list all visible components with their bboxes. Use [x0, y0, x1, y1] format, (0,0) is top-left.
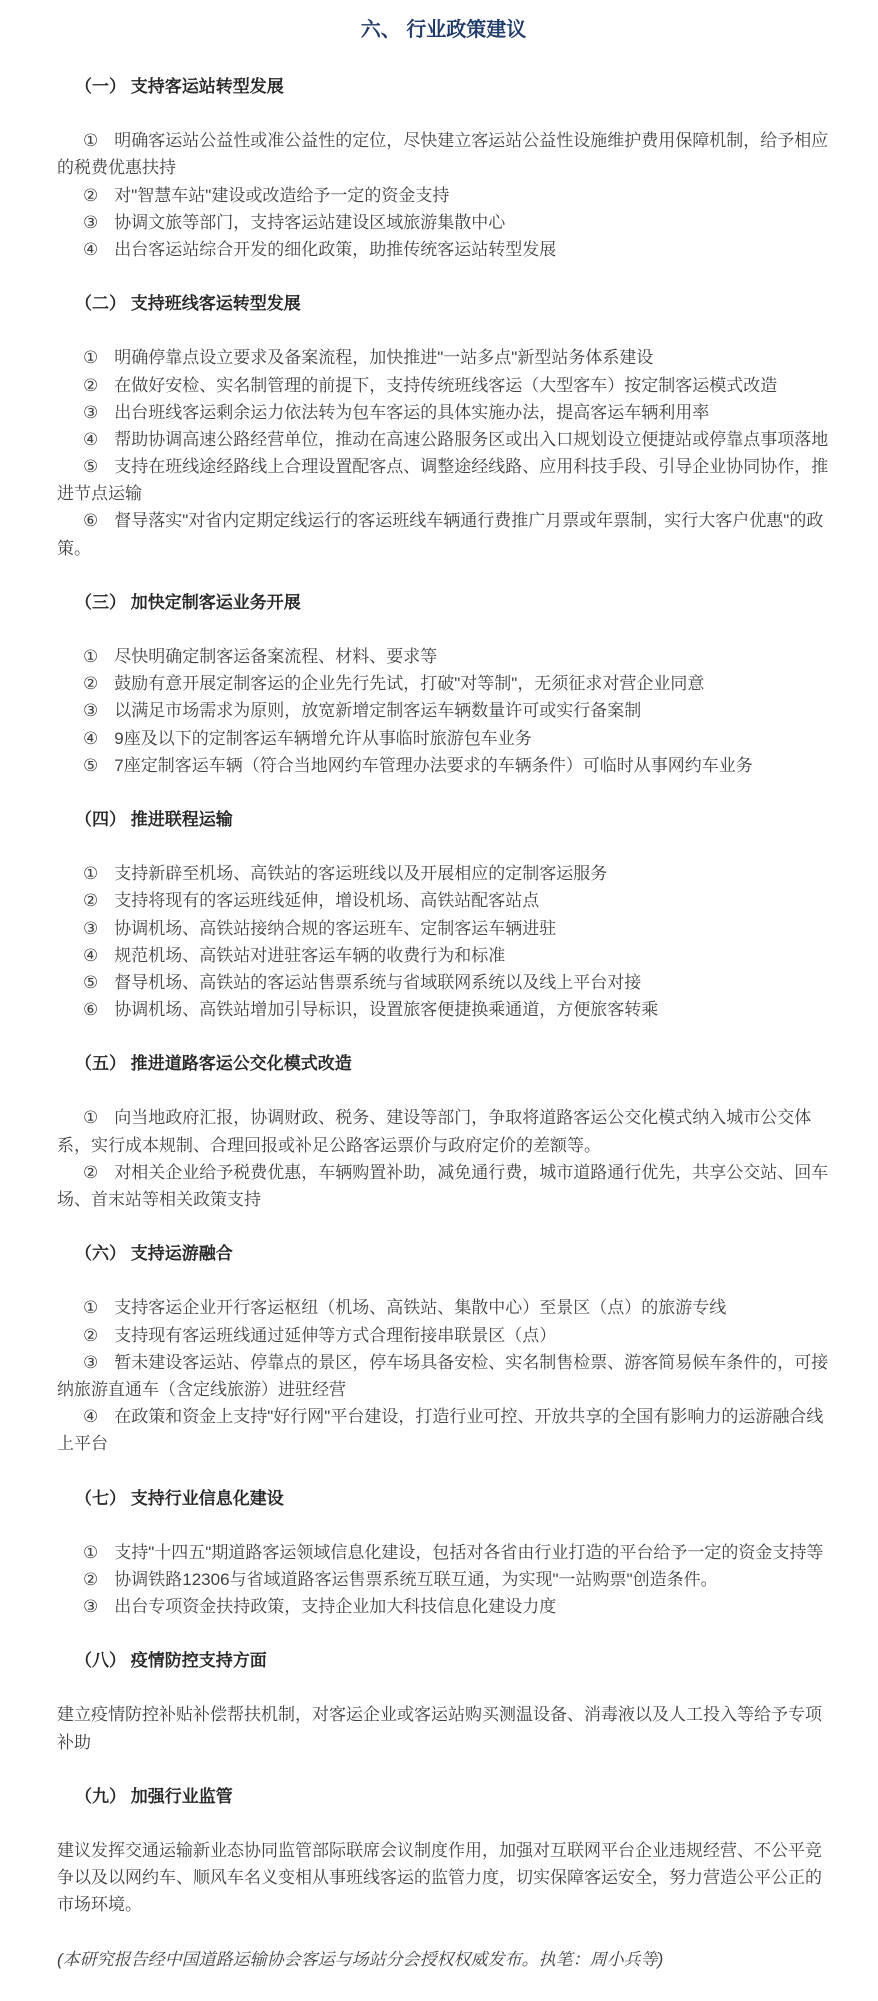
section-heading-4: （四） 推进联程运输	[57, 806, 830, 833]
item-text: 督导落实"对省内定期定线运行的客运班线车辆通行费推广月票或年票制，实行大客户优惠…	[57, 511, 823, 557]
item-text: 支持"十四五"期道路客运领域信息化建设，包括对各省由行业打造的平台给予一定的资金…	[114, 1543, 823, 1562]
list-item: ②支持将现有的客运班线延伸，增设机场、高铁站配客站点	[57, 887, 830, 914]
item-text: 7座定制客运车辆（符合当地网约车管理办法要求的车辆条件）可临时从事网约车业务	[114, 756, 752, 775]
item-marker: ②	[83, 1326, 98, 1345]
item-text: 支持新辟至机场、高铁站的客运班线以及开展相应的定制客运服务	[114, 864, 607, 883]
item-marker: ⑤	[83, 973, 98, 992]
item-marker: ④	[83, 240, 98, 259]
item-text: 明确客运站公益性或准公益性的定位，尽快建立客运站公益性设施维护费用保障机制，给予…	[57, 131, 828, 177]
item-text: 以满足市场需求为原则，放宽新增定制客运车辆数量许可或实行备案制	[114, 701, 641, 720]
item-marker: ②	[83, 891, 98, 910]
section-heading-1: （一） 支持客运站转型发展	[57, 73, 830, 100]
list-item: ④规范机场、高铁站对进驻客运车辆的收费行为和标准	[57, 942, 830, 969]
list-item: ①向当地政府汇报，协调财政、税务、建设等部门，争取将道路客运公交化模式纳入城市公…	[57, 1104, 830, 1158]
list-item: ③协调文旅等部门，支持客运站建设区域旅游集散中心	[57, 209, 830, 236]
list-item: ②鼓励有意开展定制客运的企业先行先试，打破"对等制"，无须征求对营企业同意	[57, 670, 830, 697]
item-text: 帮助协调高速公路经营单位，推动在高速公路服务区或出入口规划设立便捷站或停靠点事项…	[114, 430, 828, 449]
item-marker: ④	[83, 729, 98, 748]
list-item: ①支持新辟至机场、高铁站的客运班线以及开展相应的定制客运服务	[57, 860, 830, 887]
item-marker: ④	[83, 946, 98, 965]
page-title: 六、 行业政策建议	[57, 14, 830, 46]
list-item: ①支持"十四五"期道路客运领域信息化建设，包括对各省由行业打造的平台给予一定的资…	[57, 1539, 830, 1566]
list-item: ③以满足市场需求为原则，放宽新增定制客运车辆数量许可或实行备案制	[57, 697, 830, 724]
item-text: 出台班线客运剩余运力依法转为包车客运的具体实施办法，提高客运车辆利用率	[114, 403, 709, 422]
item-text: 出台客运站综合开发的细化政策，助推传统客运站转型发展	[114, 240, 556, 259]
item-text: 支持将现有的客运班线延伸，增设机场、高铁站配客站点	[114, 891, 539, 910]
list-item: ④9座及以下的定制客运车辆增允许从事临时旅游包车业务	[57, 725, 830, 752]
item-marker: ①	[83, 131, 98, 150]
section-heading-6: （六） 支持运游融合	[57, 1240, 830, 1267]
list-item: ③出台专项资金扶持政策，支持企业加大科技信息化建设力度	[57, 1593, 830, 1620]
item-text: 在做好安检、实名制管理的前提下，支持传统班线客运（大型客车）按定制客运模式改造	[114, 376, 777, 395]
item-text: 协调机场、高铁站接纳合规的客运班车、定制客运车辆进驻	[114, 919, 556, 938]
item-marker: ⑤	[83, 457, 98, 476]
list-item: ②支持现有客运班线通过延伸等方式合理衔接串联景区（点）	[57, 1322, 830, 1349]
item-text: 规范机场、高铁站对进驻客运车辆的收费行为和标准	[114, 946, 505, 965]
item-text: 出台专项资金扶持政策，支持企业加大科技信息化建设力度	[114, 1597, 556, 1616]
item-text: 支持客运企业开行客运枢纽（机场、高铁站、集散中心）至景区（点）的旅游专线	[114, 1298, 726, 1317]
section-paragraph: 建议发挥交通运输新业态协同监管部际联席会议制度作用，加强对互联网平台企业违规经营…	[57, 1837, 830, 1919]
list-item: ③协调机场、高铁站接纳合规的客运班车、定制客运车辆进驻	[57, 915, 830, 942]
item-marker: ①	[83, 1298, 98, 1317]
list-item: ③出台班线客运剩余运力依法转为包车客运的具体实施办法，提高客运车辆利用率	[57, 399, 830, 426]
list-item: ④出台客运站综合开发的细化政策，助推传统客运站转型发展	[57, 236, 830, 263]
item-marker: ③	[83, 213, 98, 232]
item-marker: ③	[83, 701, 98, 720]
list-item: ②在做好安检、实名制管理的前提下，支持传统班线客运（大型客车）按定制客运模式改造	[57, 372, 830, 399]
section-heading-3: （三） 加快定制客运业务开展	[57, 589, 830, 616]
item-text: 对相关企业给予税费优惠，车辆购置补助，减免通行费，城市道路通行优先，共享公交站、…	[57, 1163, 828, 1209]
item-marker: ②	[83, 1163, 98, 1182]
list-item: ①支持客运企业开行客运枢纽（机场、高铁站、集散中心）至景区（点）的旅游专线	[57, 1294, 830, 1321]
list-item: ②对"智慧车站"建设或改造给予一定的资金支持	[57, 182, 830, 209]
item-text: 明确停靠点设立要求及备案流程，加快推进"一站多点"新型站务体系建设	[114, 348, 653, 367]
item-text: 暂未建设客运站、停靠点的景区，停车场具备安检、实名制售检票、游客简易候车条件的，…	[57, 1353, 828, 1399]
section-heading-2: （二） 支持班线客运转型发展	[57, 290, 830, 317]
section-heading-5: （五） 推进道路客运公交化模式改造	[57, 1050, 830, 1077]
section-heading-8: （八） 疫情防控支持方面	[57, 1647, 830, 1674]
section-paragraph: 建立疫情防控补贴补偿帮扶机制，对客运企业或客运站购买测温设备、消毒液以及人工投入…	[57, 1701, 830, 1755]
list-item: ⑥协调机场、高铁站增加引导标识，设置旅客便捷换乘通道，方便旅客转乘	[57, 996, 830, 1023]
item-text: 尽快明确定制客运备案流程、材料、要求等	[114, 647, 437, 666]
item-marker: ③	[83, 1597, 98, 1616]
item-text: 9座及以下的定制客运车辆增允许从事临时旅游包车业务	[114, 729, 531, 748]
list-item: ⑤督导机场、高铁站的客运站售票系统与省域联网系统以及线上平台对接	[57, 969, 830, 996]
list-item: ②对相关企业给予税费优惠，车辆购置补助，减免通行费，城市道路通行优先，共享公交站…	[57, 1159, 830, 1213]
item-marker: ②	[83, 674, 98, 693]
item-marker: ④	[83, 430, 98, 449]
article: 六、 行业政策建议 （一） 支持客运站转型发展 ①明确客运站公益性或准公益性的定…	[0, 0, 878, 1983]
list-item: ①明确客运站公益性或准公益性的定位，尽快建立客运站公益性设施维护费用保障机制，给…	[57, 127, 830, 181]
item-marker: ⑤	[83, 756, 98, 775]
list-item: ①尽快明确定制客运备案流程、材料、要求等	[57, 643, 830, 670]
item-marker: ①	[83, 348, 98, 367]
list-item: ⑤支持在班线途经路线上合理设置配客点、调整途经线路、应用科技手段、引导企业协同协…	[57, 453, 830, 507]
section-heading-9: （九） 加强行业监管	[57, 1783, 830, 1810]
list-item: ④在政策和资金上支持"好行网"平台建设，打造行业可控、开放共享的全国有影响力的运…	[57, 1403, 830, 1457]
item-marker: ①	[83, 1108, 98, 1127]
item-marker: ②	[83, 186, 98, 205]
item-marker: ④	[83, 1407, 98, 1426]
list-item: ③暂未建设客运站、停靠点的景区，停车场具备安检、实名制售检票、游客简易候车条件的…	[57, 1349, 830, 1403]
section-heading-7: （七） 支持行业信息化建设	[57, 1485, 830, 1512]
item-marker: ③	[83, 919, 98, 938]
item-text: 向当地政府汇报，协调财政、税务、建设等部门，争取将道路客运公交化模式纳入城市公交…	[57, 1108, 811, 1154]
item-text: 对"智慧车站"建设或改造给予一定的资金支持	[114, 186, 449, 205]
item-marker: ②	[83, 376, 98, 395]
list-item: ①明确停靠点设立要求及备案流程，加快推进"一站多点"新型站务体系建设	[57, 344, 830, 371]
footer-note: (本研究报告经中国道路运输协会客运与场站分会授权权威发布。执笔：周小兵等)	[57, 1946, 830, 1973]
item-marker: ③	[83, 403, 98, 422]
list-item: ②协调铁路12306与省域道路客运售票系统互联互通，为实现"一站购票"创造条件。	[57, 1566, 830, 1593]
item-marker: ②	[83, 1570, 98, 1589]
item-text: 支持在班线途经路线上合理设置配客点、调整途经线路、应用科技手段、引导企业协同协作…	[57, 457, 828, 503]
item-text: 鼓励有意开展定制客运的企业先行先试，打破"对等制"，无须征求对营企业同意	[114, 674, 704, 693]
item-text: 协调铁路12306与省域道路客运售票系统互联互通，为实现"一站购票"创造条件。	[114, 1570, 717, 1589]
list-item: ⑤7座定制客运车辆（符合当地网约车管理办法要求的车辆条件）可临时从事网约车业务	[57, 752, 830, 779]
item-marker: ⑥	[83, 511, 98, 530]
list-item: ④帮助协调高速公路经营单位，推动在高速公路服务区或出入口规划设立便捷站或停靠点事…	[57, 426, 830, 453]
item-text: 支持现有客运班线通过延伸等方式合理衔接串联景区（点）	[114, 1326, 556, 1345]
item-marker: ③	[83, 1353, 98, 1372]
item-text: 督导机场、高铁站的客运站售票系统与省域联网系统以及线上平台对接	[114, 973, 641, 992]
item-text: 在政策和资金上支持"好行网"平台建设，打造行业可控、开放共享的全国有影响力的运游…	[57, 1407, 823, 1453]
list-item: ⑥督导落实"对省内定期定线运行的客运班线车辆通行费推广月票或年票制，实行大客户优…	[57, 507, 830, 561]
item-marker: ①	[83, 647, 98, 666]
item-marker: ⑥	[83, 1000, 98, 1019]
item-marker: ①	[83, 1543, 98, 1562]
item-text: 协调文旅等部门，支持客运站建设区域旅游集散中心	[114, 213, 505, 232]
item-text: 协调机场、高铁站增加引导标识，设置旅客便捷换乘通道，方便旅客转乘	[114, 1000, 658, 1019]
item-marker: ①	[83, 864, 98, 883]
